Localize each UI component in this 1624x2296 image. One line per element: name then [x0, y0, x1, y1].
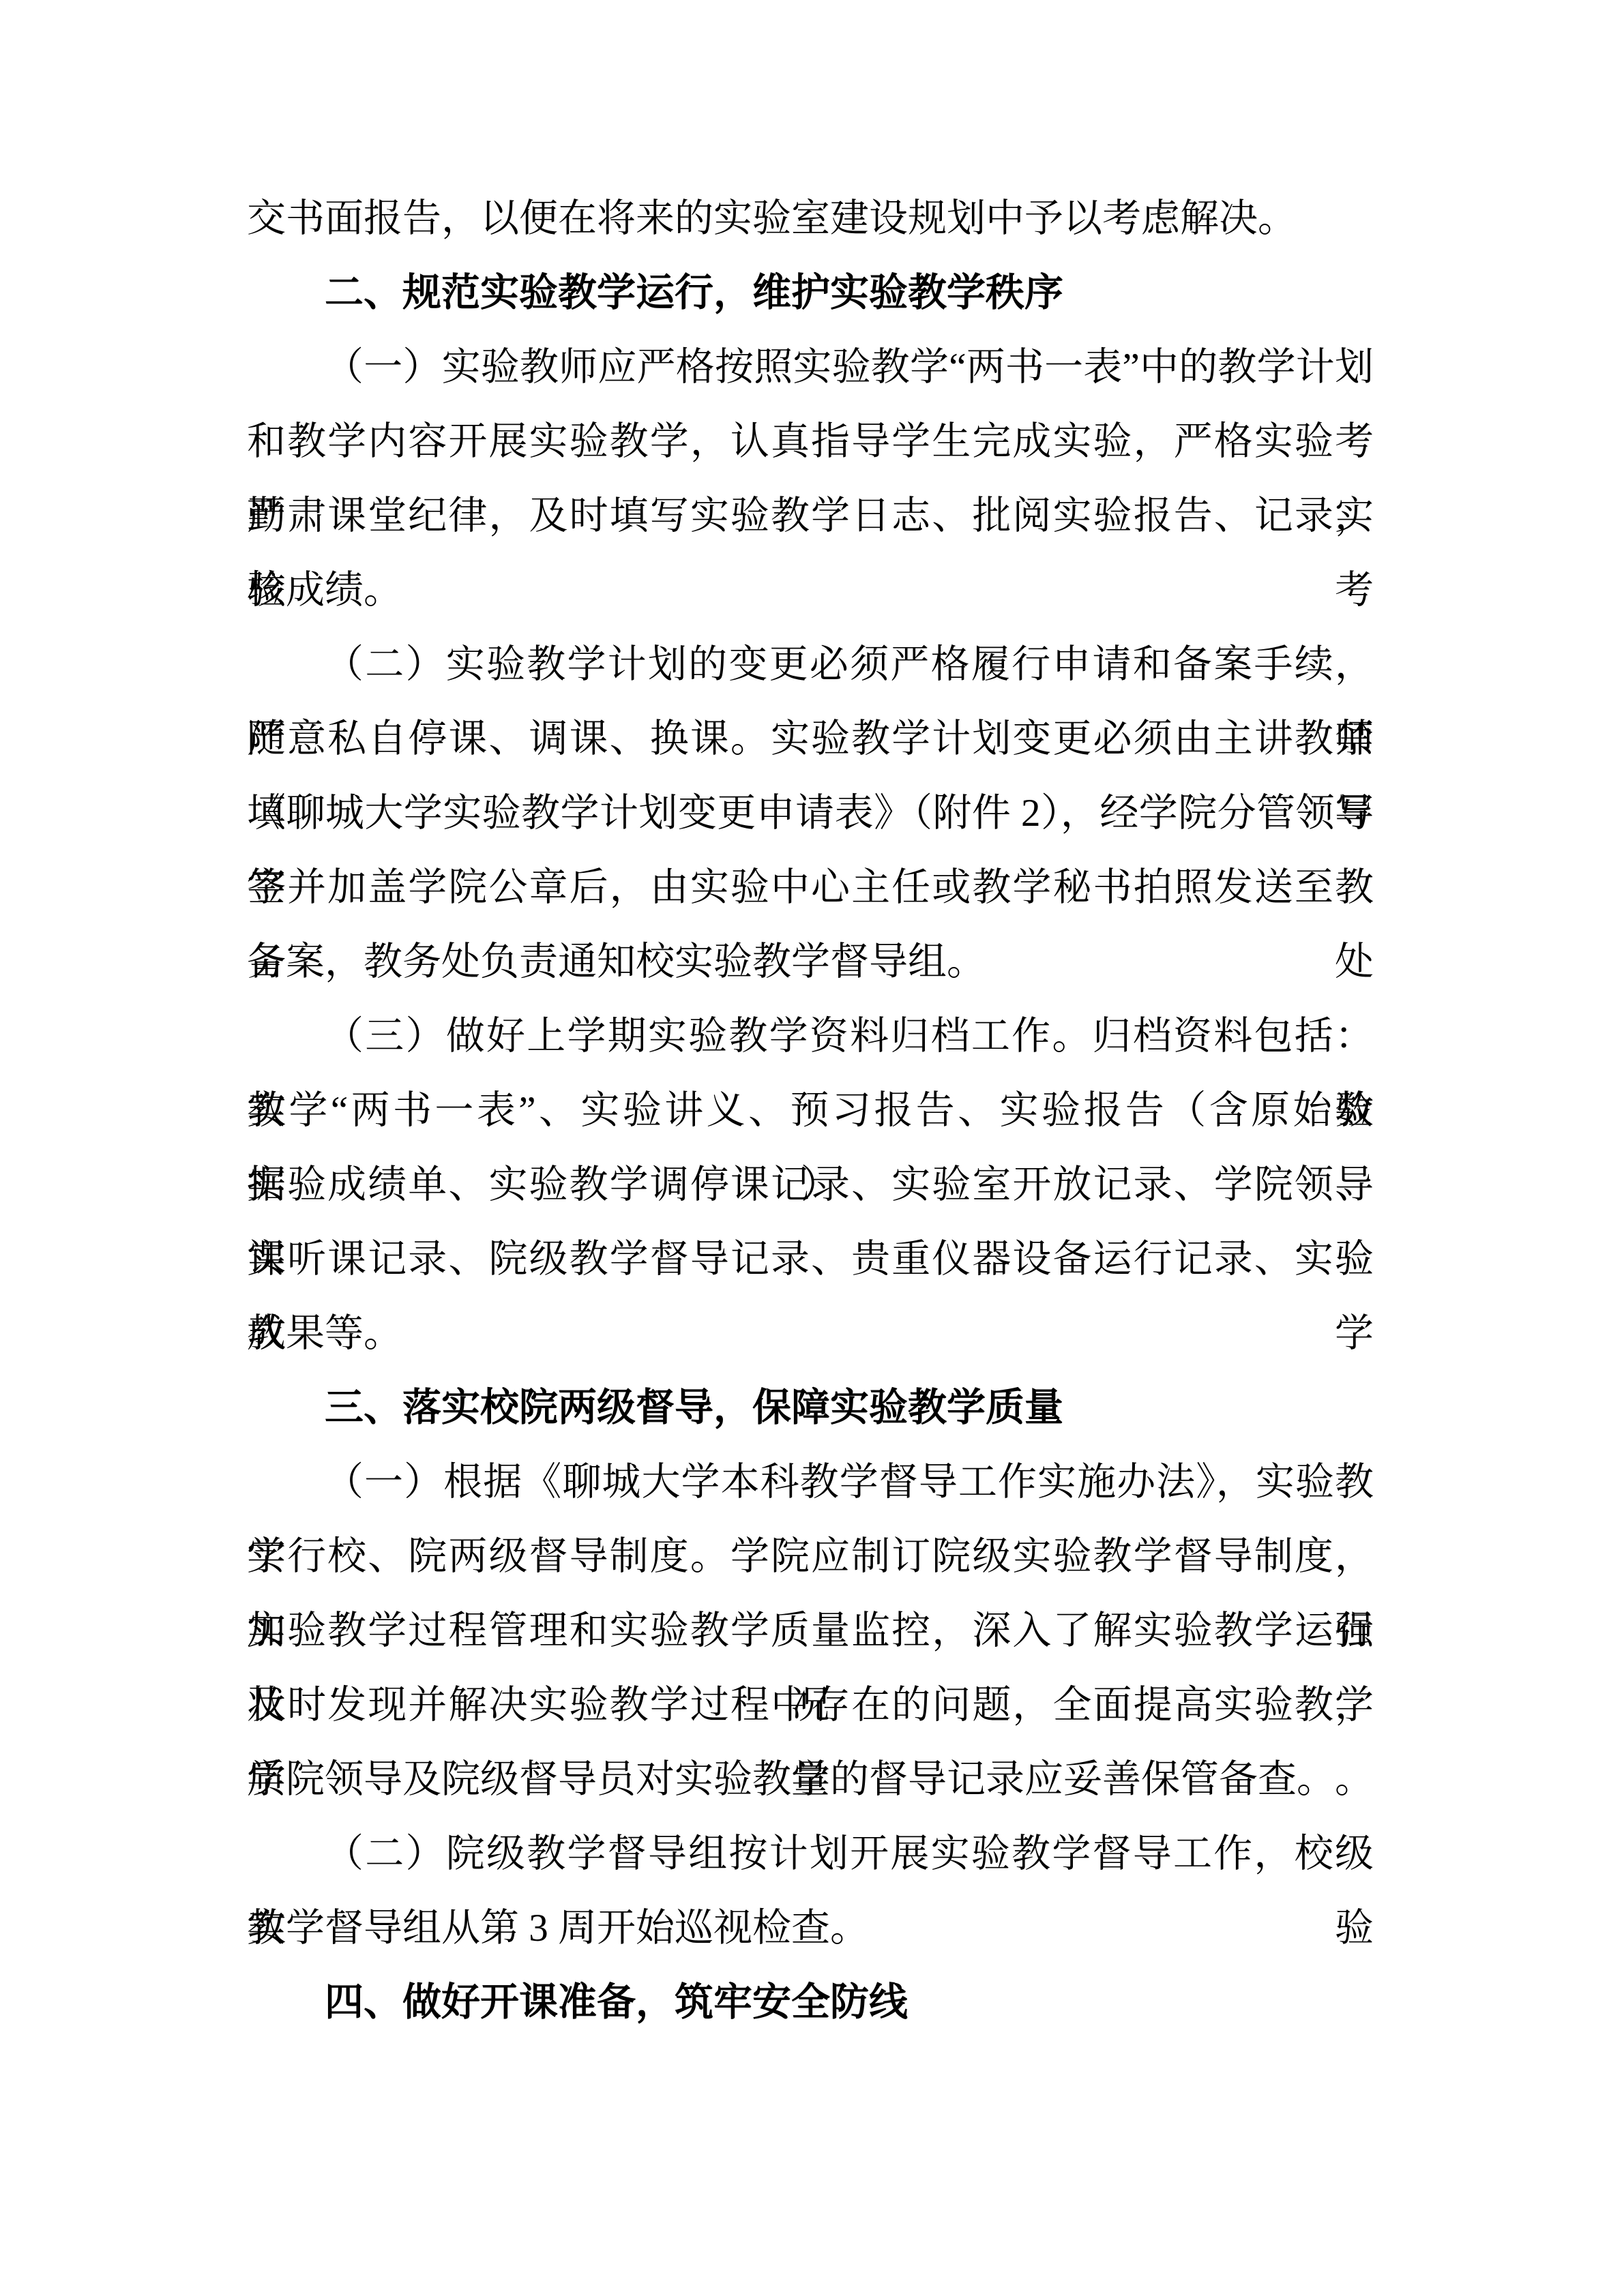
heading-line: 二、规范实验教学运行，维护实验教学秩序: [247, 256, 1374, 330]
text-line: 随意私自停课、调课、换课。实验教学计划变更必须由主讲教师填写: [247, 702, 1374, 776]
text-line: （三）做好上学期实验教学资料归档工作。归档资料包括：实验: [247, 999, 1374, 1073]
text-line: 学院领导及院级督导员对实验教学的督导记录应妥善保管备查。: [247, 1742, 1374, 1817]
text-line: 实验成绩单、实验教学调停课记录、实验室开放记录、学院领导实验: [247, 1148, 1374, 1222]
text-line: 和教学内容开展实验教学，认真指导学生完成实验，严格实验考勤，: [247, 404, 1374, 479]
text-line: （二）实验教学计划的变更必须严格履行申请和备案手续，严禁: [247, 627, 1374, 702]
text-line: 课听课记录、院级教学督导记录、贵重仪器设备运行记录、实验教学: [247, 1222, 1374, 1296]
document-body: 交书面报告，以便在将来的实验室建设规划中予以考虑解决。 二、规范实验教学运行，维…: [247, 181, 1374, 2040]
text-line: 字并加盖学院公章后，由实验中心主任或教学秘书拍照发送至教务处: [247, 850, 1374, 925]
text-line: 实行校、院两级督导制度。学院应制订院级实验教学督导制度，加强: [247, 1519, 1374, 1594]
text-line: （二）院级教学督导组按计划开展实验教学督导工作，校级实验: [247, 1817, 1374, 1891]
text-line: 教学“两书一表”、实验讲义、预习报告、实验报告（含原始数据）、: [247, 1073, 1374, 1148]
text-line: 交书面报告，以便在将来的实验室建设规划中予以考虑解决。: [247, 181, 1374, 256]
text-line: 《聊城大学实验教学计划变更申请表》（附件 2），经学院分管领导签: [247, 776, 1374, 850]
text-line: 及时发现并解决实验教学过程中存在的问题，全面提高实验教学质量。: [247, 1668, 1374, 1742]
heading-line: 四、做好开课准备，筑牢安全防线: [247, 1965, 1374, 2040]
text-line: 严肃课堂纪律，及时填写实验教学日志、批阅实验报告、记录实验考: [247, 479, 1374, 553]
document-page: 交书面报告，以便在将来的实验室建设规划中予以考虑解决。 二、规范实验教学运行，维…: [0, 0, 1624, 2296]
text-line: 实验教学过程管理和实验教学质量监控，深入了解实验教学运行状况，: [247, 1594, 1374, 1668]
text-line: （一）根据《聊城大学本科教学督导工作实施办法》，实验教学: [247, 1445, 1374, 1519]
text-line: （一）实验教师应严格按照实验教学“两书一表”中的教学计划: [247, 330, 1374, 404]
heading-line: 三、落实校院两级督导，保障实验教学质量: [247, 1371, 1374, 1445]
